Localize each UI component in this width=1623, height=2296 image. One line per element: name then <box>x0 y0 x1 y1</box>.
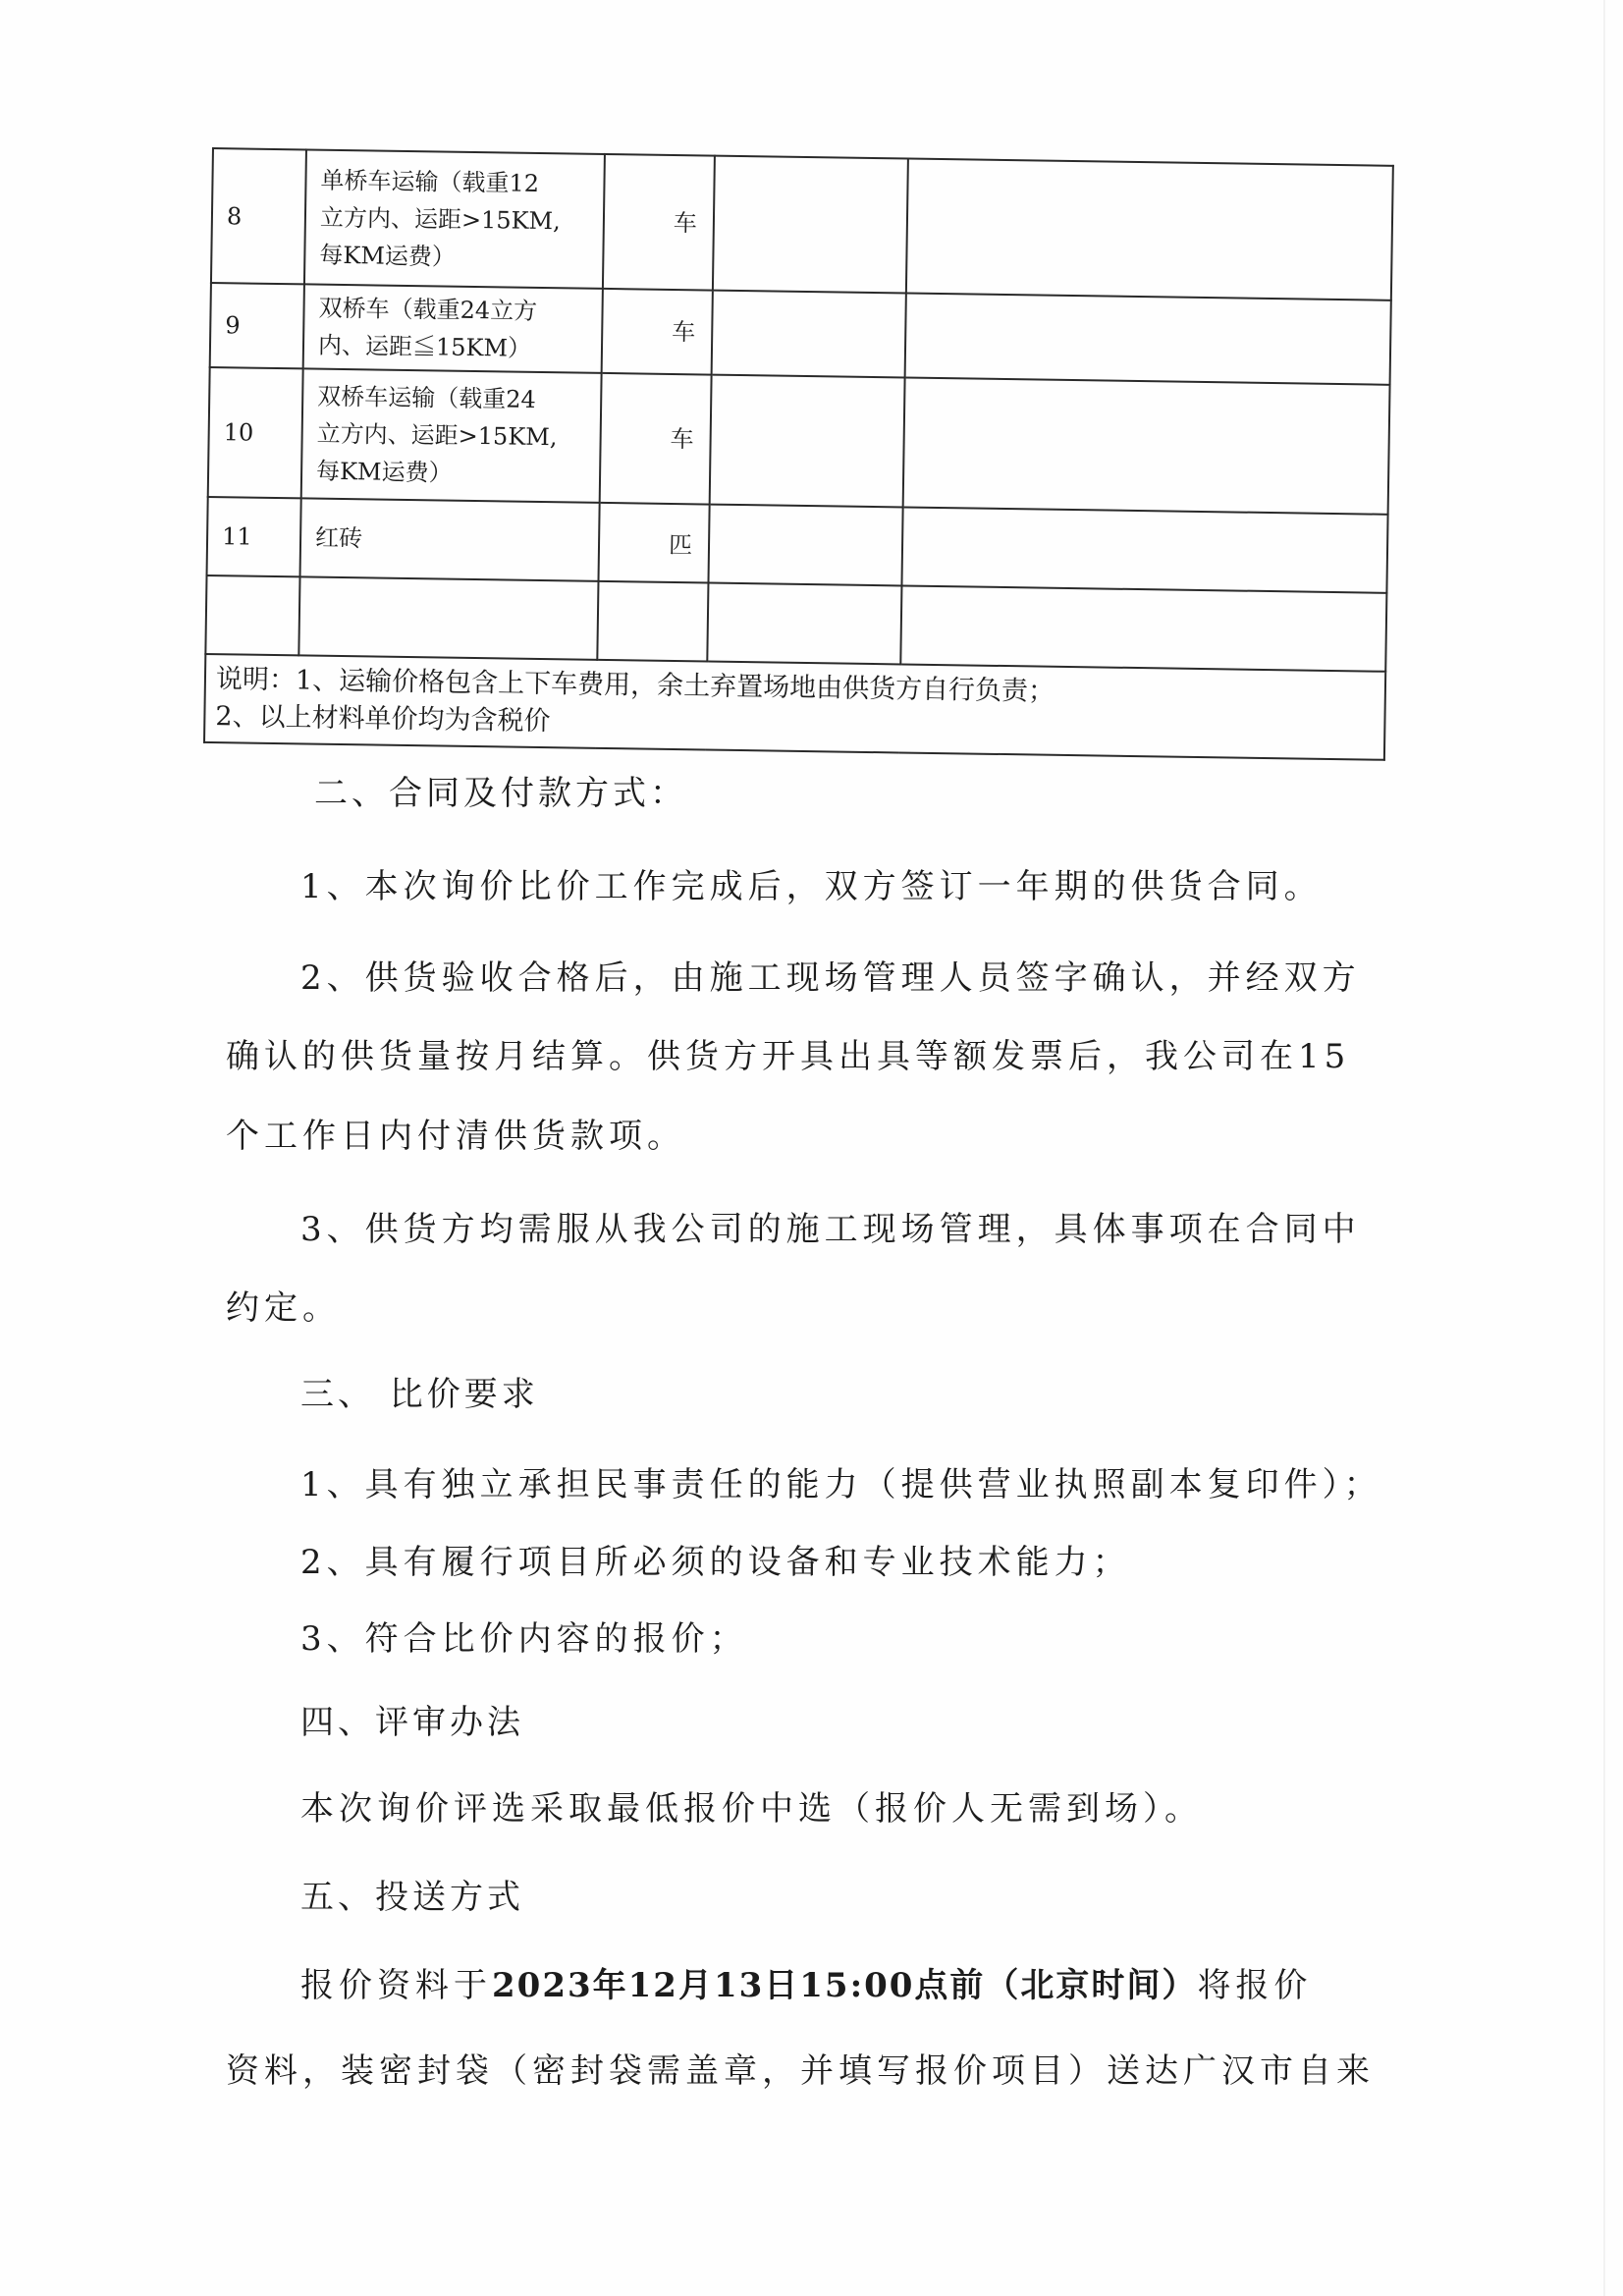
item-price <box>900 585 1386 671</box>
delivery-deadline: 2023年12月13日15:00点前（北京时间） <box>492 1966 1197 2005</box>
item-unit: 车 <box>602 289 713 375</box>
row-number: 9 <box>210 283 304 368</box>
table-row: 10 双桥车运输（载重24 立方内、运距>15KM, 每KM运费） 车 <box>208 367 1390 515</box>
item-name-line: 每KM运费） <box>319 236 597 277</box>
contract-item-3-line-1: 3、供货方均需服从我公司的施工现场管理，具体事项在合同中 <box>300 1208 1361 1251</box>
scan-edge <box>1603 0 1605 2296</box>
contract-item-1: 1、本次询价比价工作完成后，双方签订一年期的供货合同。 <box>300 865 1323 908</box>
table-note-row: 说明：1、运输价格包含上下车费用，余土弃置场地由供货方自行负责； 2、以上材料单… <box>204 654 1385 760</box>
table-note: 说明：1、运输价格包含上下车费用，余土弃置场地由供货方自行负责； 2、以上材料单… <box>204 654 1385 760</box>
section-heading-contract: 二、合同及付款方式： <box>314 772 687 815</box>
requirement-item-1: 1、具有独立承担民事责任的能力（提供营业执照副本复印件）； <box>300 1463 1382 1506</box>
item-name: 双桥车运输（载重24 立方内、运距>15KM, 每KM运费） <box>301 368 602 502</box>
item-name: 双桥车（载重24立方 内、运距≦15KM） <box>303 284 603 373</box>
section-heading-review: 四、评审办法 <box>300 1701 524 1744</box>
delivery-prefix: 报价资料于 <box>300 1966 492 2005</box>
item-name <box>298 576 598 660</box>
item-unit <box>597 581 708 662</box>
item-name: 单桥车运输（载重12 立方内、运距>15KM, 每KM运费） <box>304 149 605 288</box>
section-heading-requirements: 三、 比价要求 <box>300 1373 539 1416</box>
item-quantity <box>710 375 905 508</box>
item-name-line: 立方内、运距>15KM, <box>316 415 594 457</box>
contract-item-2-line-2: 确认的供货量按月结算。供货方开具出具等额发票后，我公司在15 <box>226 1035 1350 1078</box>
item-name-line: 每KM运费） <box>316 453 594 494</box>
item-name-line: 双桥车运输（载重24 <box>317 378 595 419</box>
item-price <box>905 294 1391 385</box>
requirement-item-2: 2、具有履行项目所必须的设备和专业技术能力； <box>300 1541 1131 1584</box>
item-price <box>903 377 1390 514</box>
delivery-line-1: 报价资料于2023年12月13日15:00点前（北京时间）将报价 <box>300 1964 1312 2007</box>
row-number: 8 <box>211 148 306 284</box>
item-name-line: 立方内、运距>15KM, <box>320 198 598 240</box>
item-unit: 车 <box>600 373 712 505</box>
item-name: 红砖 <box>300 498 600 581</box>
item-name-line: 红砖 <box>315 519 593 561</box>
item-price <box>906 159 1393 301</box>
delivery-suffix: 将报价 <box>1197 1966 1312 2005</box>
contract-item-2-line-1: 2、供货验收合格后，由施工现场管理人员签字确认，并经双方 <box>300 957 1361 1000</box>
item-price <box>901 507 1387 592</box>
item-quantity <box>708 505 902 586</box>
item-quantity <box>712 291 906 378</box>
price-table: 8 单桥车运输（载重12 立方内、运距>15KM, 每KM运费） 车 9 双桥车… <box>203 147 1394 761</box>
item-quantity <box>713 156 908 294</box>
contract-item-2-line-3: 个工作日内付清供货款项。 <box>226 1115 685 1158</box>
row-number <box>205 575 299 655</box>
section-heading-delivery: 五、投送方式 <box>300 1876 524 1919</box>
item-unit: 车 <box>603 154 715 291</box>
item-quantity <box>707 583 901 665</box>
row-number: 11 <box>207 497 301 576</box>
review-text: 本次询价评选采取最低报价中选（报价人无需到场）。 <box>300 1787 1203 1831</box>
row-number: 10 <box>208 367 303 498</box>
item-unit: 匹 <box>598 503 709 583</box>
item-name-line: 内、运距≦15KM） <box>318 327 596 368</box>
item-name-line: 单桥车运输（载重12 <box>320 161 598 202</box>
contract-item-3-line-2: 约定。 <box>226 1286 341 1330</box>
document-page: 8 单桥车运输（载重12 立方内、运距>15KM, 每KM运费） 车 9 双桥车… <box>0 0 1623 2296</box>
delivery-line-2: 资料，装密封袋（密封袋需盖章，并填写报价项目）送达广汉市自来 <box>226 2050 1375 2093</box>
item-name-line: 双桥车（载重24立方 <box>318 290 596 331</box>
requirement-item-3: 3、符合比价内容的报价； <box>300 1617 748 1661</box>
table-row: 8 单桥车运输（载重12 立方内、运距>15KM, 每KM运费） 车 <box>211 148 1393 301</box>
